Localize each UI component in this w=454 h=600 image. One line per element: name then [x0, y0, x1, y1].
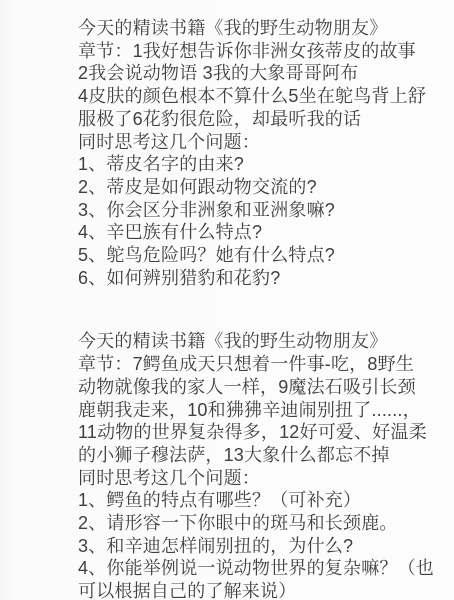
reading-notes-page: 今天的精读书籍《我的野生动物朋友》 章节：1我好想告诉你非洲女孩蒂皮的故事 2我… [0, 0, 454, 600]
question-item: 4、你能举例说一说动物世界的复杂嘛？（也 [78, 557, 446, 580]
reading-notes-session-1: 今天的精读书籍《我的野生动物朋友》 章节：1我好想告诉你非洲女孩蒂皮的故事 2我… [78, 17, 446, 289]
question-item: 3、你会区分非洲象和亚洲象嘛? [78, 199, 446, 222]
chapters-line: 章节：7鳄鱼成天只想着一件事-吃，8野生 [78, 353, 446, 376]
chapters-line: 的小狮子穆法萨，13大象什么都忘不掉 [78, 444, 446, 467]
chapters-line: 2我会说动物语 3我的大象哥哥阿布 [78, 62, 446, 85]
question-item: 3、和辛迪怎样闹别扭的，为什么? [78, 535, 446, 558]
reading-notes-session-2: 今天的精读书籍《我的野生动物朋友》 章节：7鳄鱼成天只想着一件事-吃，8野生 动… [78, 330, 446, 600]
chapters-line: 4皮肤的颜色根本不算什么5坐在鸵鸟背上舒 [78, 85, 446, 108]
chapters-line: 章节：1我好想告诉你非洲女孩蒂皮的故事 [78, 40, 446, 63]
question-item: 可以根据自己的了解来说） [78, 580, 446, 600]
question-item: 6、如何辨别猎豹和花豹? [78, 267, 446, 290]
question-item: 1、鳄鱼的特点有哪些？（可补充） [78, 489, 446, 512]
chapters-line: 服极了6花豹很危险，却最听我的话 [78, 108, 446, 131]
question-item: 1、蒂皮名字的由来? [78, 153, 446, 176]
question-item: 2、请形容一下你眼中的斑马和长颈鹿。 [78, 512, 446, 535]
question-item: 5、鸵鸟危险吗？她有什么特点? [78, 244, 446, 267]
questions-heading: 同时思考这几个问题： [78, 131, 446, 154]
chapters-line: 11动物的世界复杂得多，12好可爱、好温柔 [78, 421, 446, 444]
question-item: 4、辛巴族有什么特点? [78, 221, 446, 244]
book-title-line: 今天的精读书籍《我的野生动物朋友》 [78, 330, 446, 353]
question-item: 2、蒂皮是如何跟动物交流的? [78, 176, 446, 199]
book-title-line: 今天的精读书籍《我的野生动物朋友》 [78, 17, 446, 40]
chapters-line: 鹿朝我走来，10和狒狒辛迪闹别扭了......， [78, 399, 446, 422]
questions-heading: 同时思考这几个问题： [78, 467, 446, 490]
chapters-line: 动物就像我的家人一样，9魔法石吸引长颈 [78, 376, 446, 399]
